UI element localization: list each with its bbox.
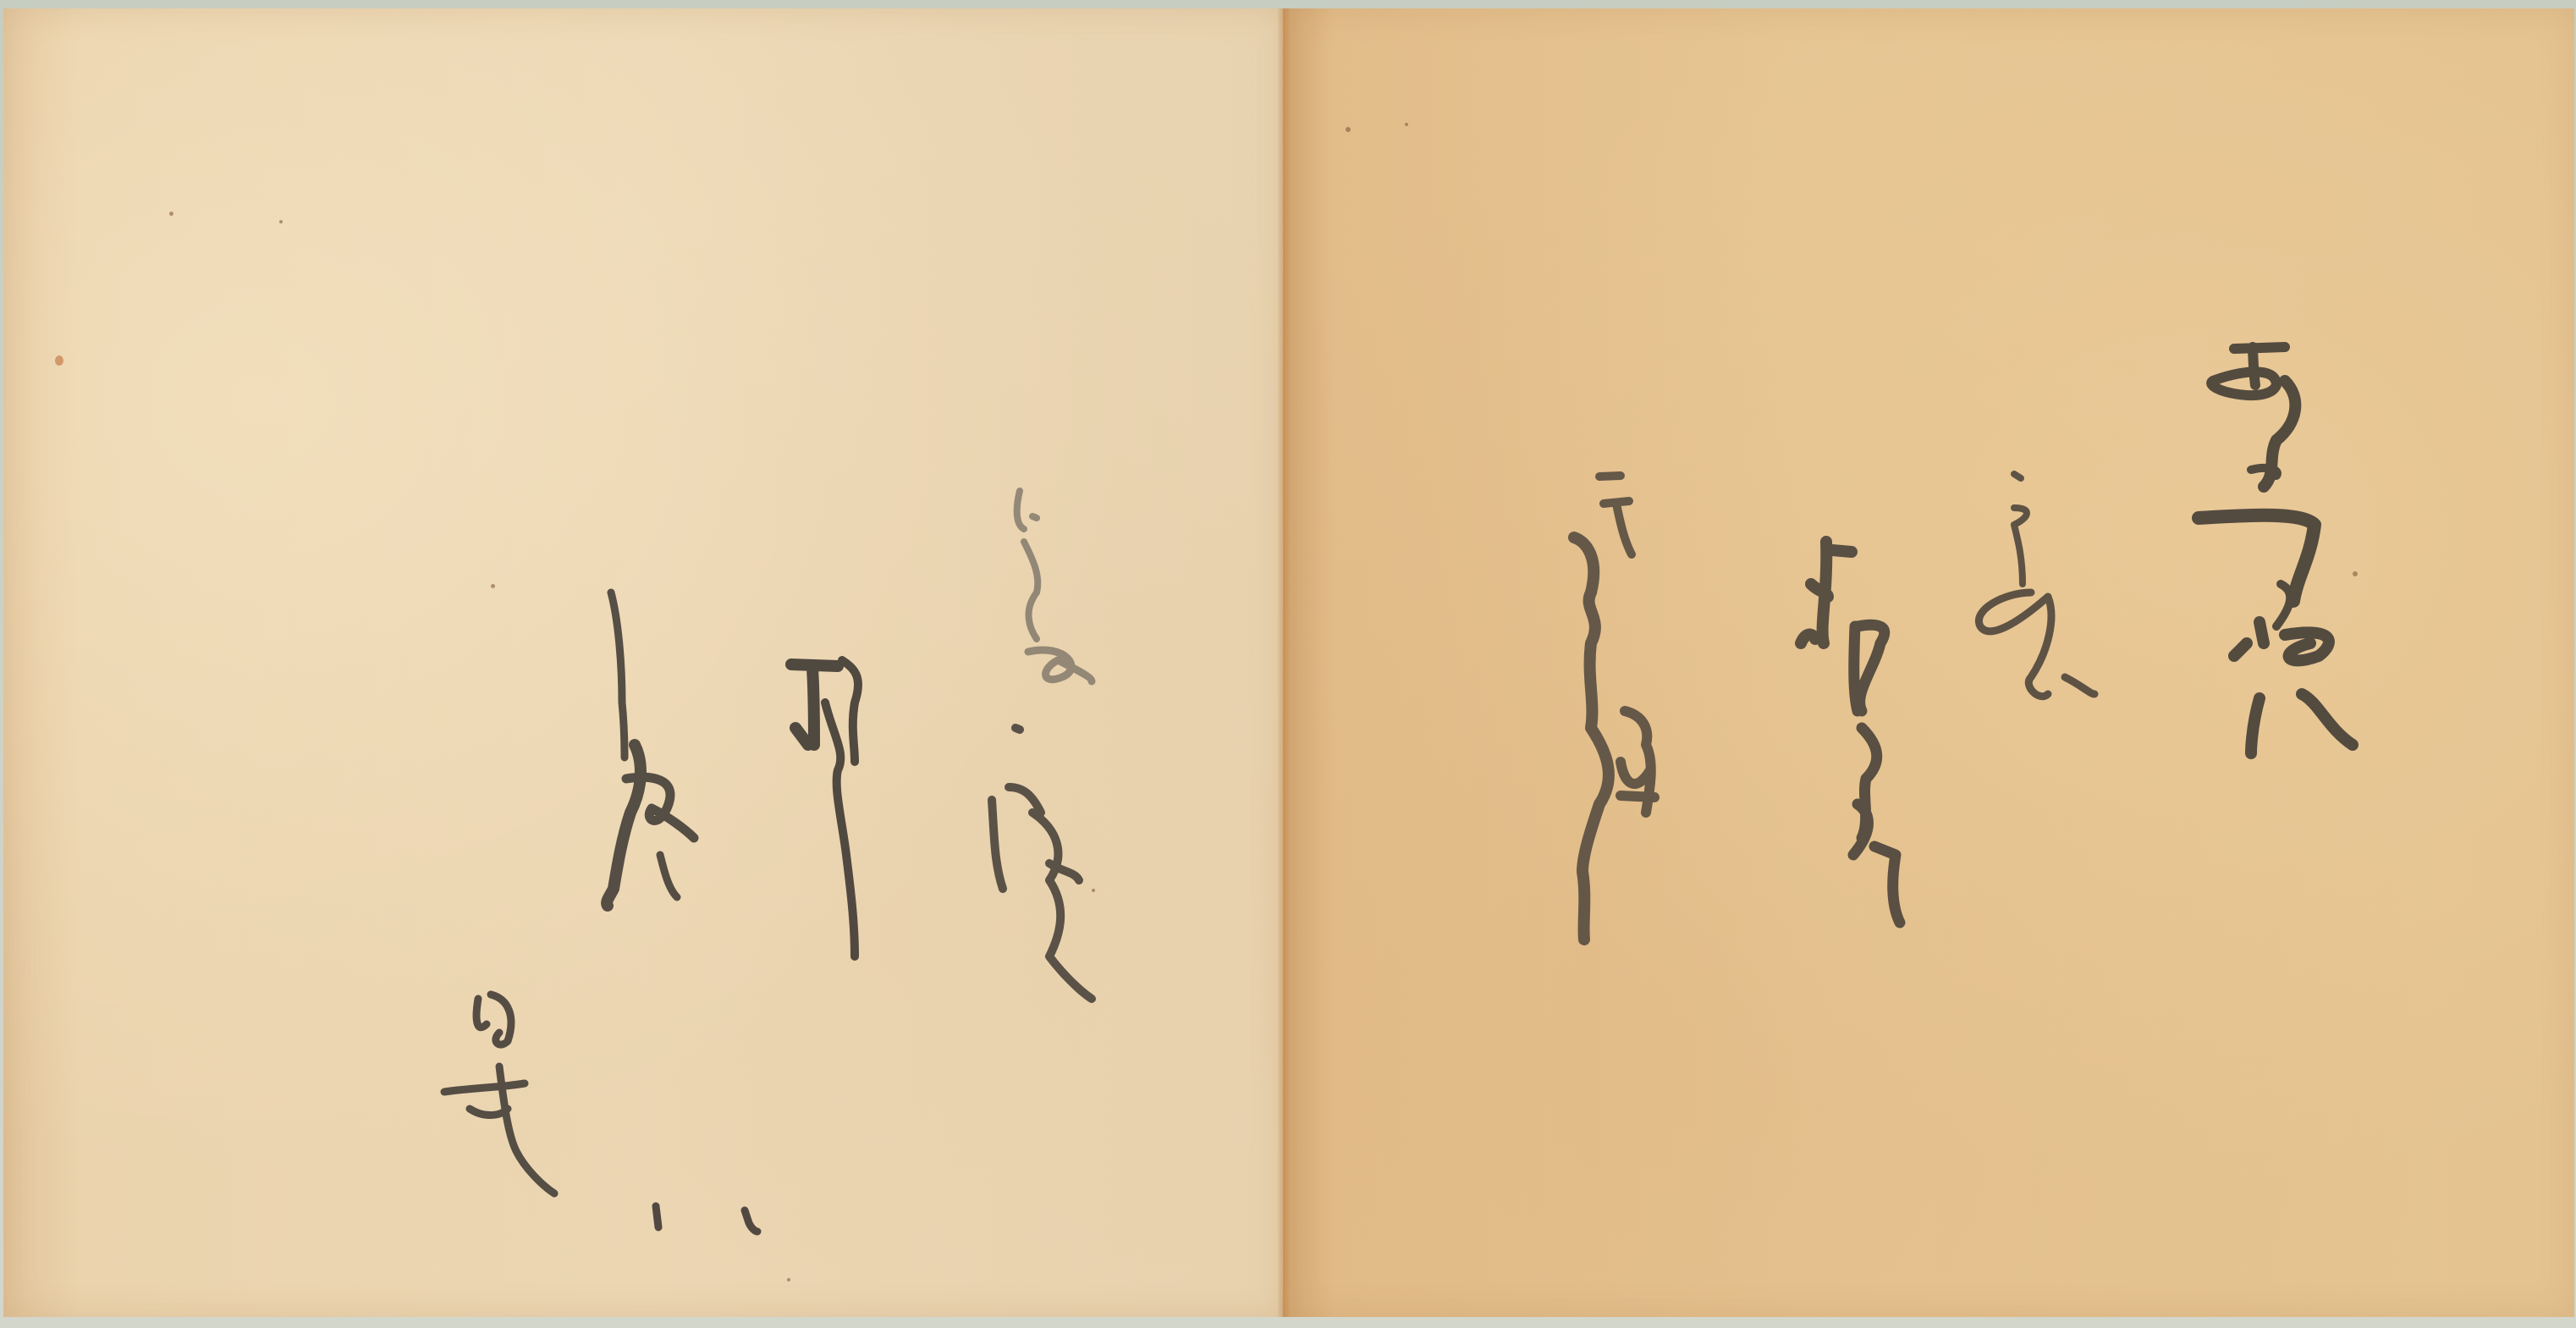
paper-speck (1405, 123, 1408, 126)
paper-panel-right (1283, 8, 2574, 1317)
paper-speck (787, 1278, 790, 1281)
paper-speck (279, 220, 283, 223)
panel-seam (1278, 8, 1290, 1317)
paper-speck (491, 584, 495, 588)
paper-speck (169, 212, 173, 216)
paper-speck (2353, 571, 2358, 576)
paper-speck (55, 355, 63, 366)
paper-panel-left (3, 8, 1283, 1317)
paper-speck (1346, 127, 1351, 132)
paper-speck (1092, 889, 1095, 892)
